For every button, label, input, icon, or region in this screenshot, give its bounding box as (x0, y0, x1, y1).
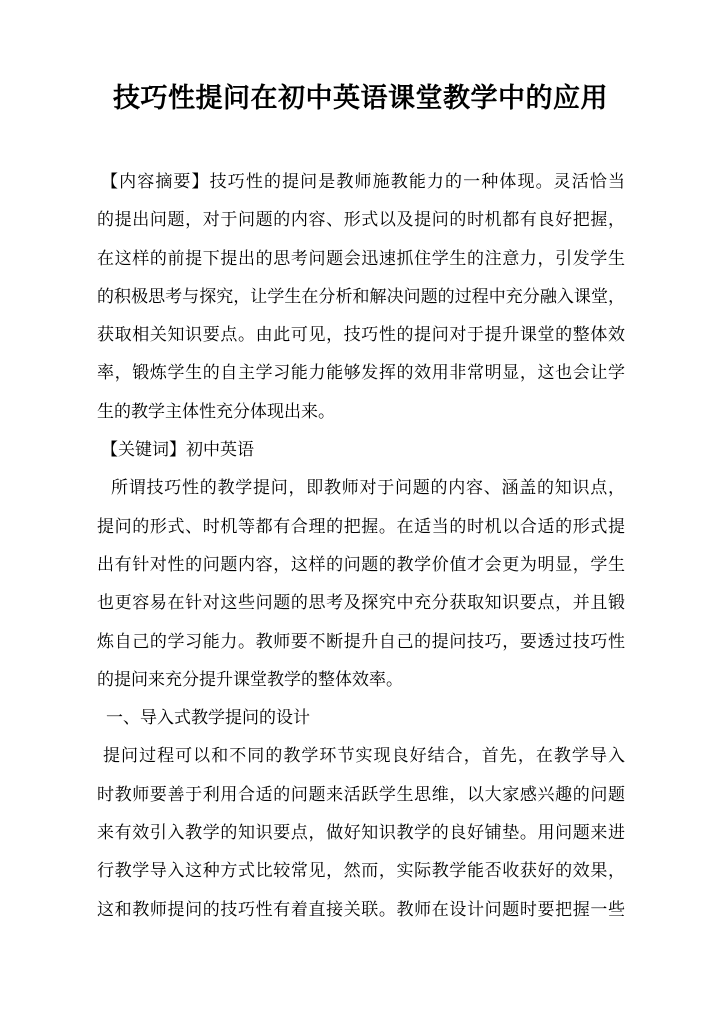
text-line: 一、导入式教学提问的设计 (97, 699, 625, 737)
text-line: 炼自己的学习能力。教师要不断提升自己的提问技巧，要透过技巧性 (97, 623, 625, 661)
text-line: 在这样的前提下提出的思考问题会迅速抓住学生的注意力，引发学生 (97, 240, 625, 278)
document-body: 【内容摘要】技巧性的提问是教师施教能力的一种体现。灵活恰当的提出问题，对于问题的… (97, 163, 625, 929)
text-line: 获取相关知识要点。由此可见，技巧性的提问对于提升课堂的整体效 (97, 316, 625, 354)
text-line: 【内容摘要】技巧性的提问是教师施教能力的一种体现。灵活恰当 (97, 163, 625, 201)
text-line: 提问的形式、时机等都有合理的把握。在适当的时机以合适的形式提 (97, 508, 625, 546)
text-line: 的积极思考与探究，让学生在分析和解决问题的过程中充分融入课堂， (97, 278, 625, 316)
text-line: 出有针对性的问题内容，这样的问题的教学价值才会更为明显，学生 (97, 546, 625, 584)
text-line: 行教学导入这种方式比较常见，然而，实际教学能否收获好的效果， (97, 852, 625, 890)
section-one-heading: 一、导入式教学提问的设计 (97, 699, 625, 737)
text-line: 【关键词】初中英语 (97, 431, 625, 469)
text-line: 来有效引入教学的知识要点，做好知识教学的良好铺垫。用问题来进 (97, 814, 625, 852)
text-line: 的提问来充分提升课堂教学的整体效率。 (97, 661, 625, 699)
section-one-paragraph: 提问过程可以和不同的教学环节实现良好结合，首先，在教学导入时教师要善于利用合适的… (97, 737, 625, 928)
text-line: 也更容易在针对这些问题的思考及探究中充分获取知识要点，并且锻 (97, 584, 625, 622)
keywords-line: 【关键词】初中英语 (97, 431, 625, 469)
text-line: 这和教师提问的技巧性有着直接关联。教师在设计问题时要把握一些 (97, 891, 625, 929)
abstract-paragraph: 【内容摘要】技巧性的提问是教师施教能力的一种体现。灵活恰当的提出问题，对于问题的… (97, 163, 625, 431)
document-page: 技巧性提问在初中英语课堂教学中的应用 【内容摘要】技巧性的提问是教师施教能力的一… (0, 0, 721, 1020)
text-line: 生的教学主体性充分体现出来。 (97, 393, 625, 431)
document-title: 技巧性提问在初中英语课堂教学中的应用 (0, 76, 721, 120)
text-line: 提问过程可以和不同的教学环节实现良好结合，首先，在教学导入 (97, 737, 625, 775)
text-line: 所谓技巧性的教学提问，即教师对于问题的内容、涵盖的知识点， (97, 469, 625, 507)
text-line: 的提出问题，对于问题的内容、形式以及提问的时机都有良好把握， (97, 201, 625, 239)
text-line: 时教师要善于利用合适的问题来活跃学生思维，以大家感兴趣的问题 (97, 776, 625, 814)
text-line: 率，锻炼学生的自主学习能力能够发挥的效用非常明显，这也会让学 (97, 354, 625, 392)
intro-paragraph: 所谓技巧性的教学提问，即教师对于问题的内容、涵盖的知识点，提问的形式、时机等都有… (97, 469, 625, 699)
